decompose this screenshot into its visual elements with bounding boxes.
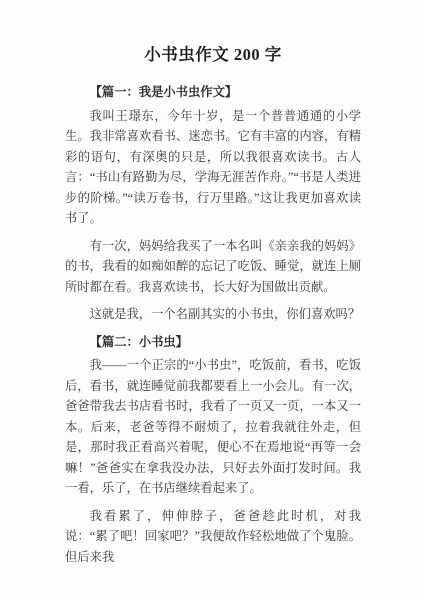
essay-title: 小书虫作文 200 字 <box>65 42 361 68</box>
section-2-paragraph-2: 我看累了，伸伸脖子，爸爸趁此时机，对我说：“累了吧！回家吧？”我便故作轻松地做了… <box>65 506 361 568</box>
section-1-paragraph-2: 有一次，妈妈给我买了一本名叫《亲亲我的妈妈》的书，我看的如痴如醉的忘记了吃饭、睡… <box>65 236 361 298</box>
section-1-paragraph-1: 我叫王璟东，今年十岁，是一个普普通通的小学生。我非常喜欢看书、迷恋书。它有丰富的… <box>65 106 361 229</box>
document-page: 小书虫作文 200 字 【篇一：我是小书虫作文】 我叫王璟东，今年十岁，是一个普… <box>0 0 424 600</box>
section-1-paragraph-3: 这就是我，一个名副其实的小书虫，你们喜欢吗？ <box>65 304 361 325</box>
section-2-paragraph-1: 我——一个正宗的“小书虫”，吃饭前，看书，吃饭后，看书，就连睡觉前我都要看上一小… <box>65 355 361 499</box>
section-1-heading: 【篇一：我是小书虫作文】 <box>65 82 361 103</box>
section-2-heading: 【篇二：小书虫】 <box>65 332 361 353</box>
